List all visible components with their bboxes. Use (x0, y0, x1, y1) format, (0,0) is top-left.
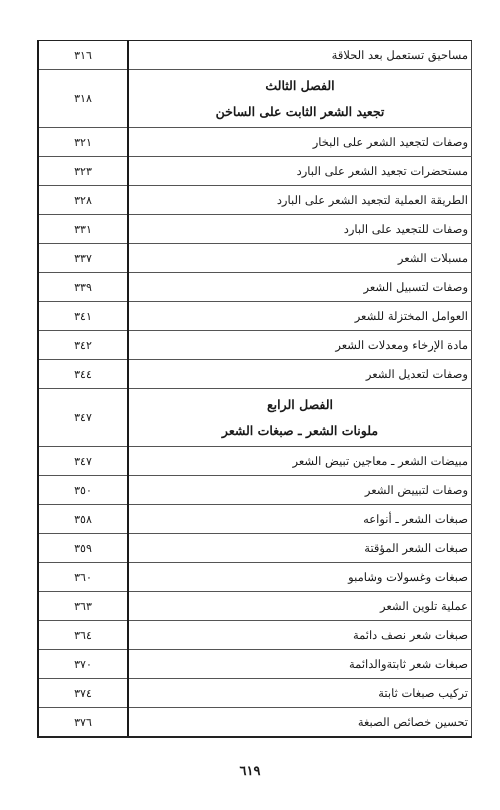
entry-title: مساحيق تستعمل بعد الحلاقة (128, 41, 472, 70)
entry-page-number: ٣٧٠ (38, 650, 128, 679)
entry-title: صبغات شعر ثابتةوالدائمة (128, 650, 472, 679)
toc-row: صبغات وغسولات وشامبو٣٦٠ (38, 563, 472, 592)
table-of-contents: مساحيق تستعمل بعد الحلاقة٣١٦الفصل الثالث… (37, 40, 472, 738)
chapter-title: ملونات الشعر ـ صبغات الشعر (129, 418, 471, 444)
entry-title: تركيب صبغات ثابتة (128, 679, 472, 708)
toc-body: مساحيق تستعمل بعد الحلاقة٣١٦الفصل الثالث… (38, 41, 472, 738)
chapter-heading: الفصل الثالثتجعيد الشعر الثابت على الساخ… (128, 70, 472, 128)
chapter-title: تجعيد الشعر الثابت على الساخن (129, 99, 471, 125)
toc-row: عملية تلوين الشعر٣٦٣ (38, 592, 472, 621)
toc-row: صبغات شعر ثابتةوالدائمة٣٧٠ (38, 650, 472, 679)
toc-chapter-row: الفصل الرابعملونات الشعر ـ صبغات الشعر٣٤… (38, 389, 472, 447)
entry-title: الطريقة العملية لتجعيد الشعر على البارد (128, 186, 472, 215)
entry-title: وصفات لتعديل الشعر (128, 360, 472, 389)
entry-page-number: ٣٦٤ (38, 621, 128, 650)
toc-row: الطريقة العملية لتجعيد الشعر على البارد٣… (38, 186, 472, 215)
entry-title: وصفات لتسبيل الشعر (128, 273, 472, 302)
entry-title: وصفات لتجعيد الشعر على البخار (128, 128, 472, 157)
toc-row: وصفات لتعديل الشعر٣٤٤ (38, 360, 472, 389)
entry-page-number: ٣٢٨ (38, 186, 128, 215)
entry-page-number: ٣٤٧ (38, 447, 128, 476)
entry-page-number: ٣٦٠ (38, 563, 128, 592)
entry-page-number: ٣١٨ (38, 70, 128, 128)
entry-page-number: ٣٥٨ (38, 505, 128, 534)
toc-row: مسبلات الشعر٣٣٧ (38, 244, 472, 273)
toc-row: مبيضات الشعر ـ معاجين تبيض الشعر٣٤٧ (38, 447, 472, 476)
entry-title: مستحضرات تجعيد الشعر على البارد (128, 157, 472, 186)
entry-page-number: ٣٣٧ (38, 244, 128, 273)
toc-row: وصفات لتبييض الشعر٣٥٠ (38, 476, 472, 505)
chapter-label: الفصل الثالث (129, 73, 471, 99)
toc-row: وصفات للتجعيد على البارد٣٣١ (38, 215, 472, 244)
entry-page-number: ٣٤٢ (38, 331, 128, 360)
entry-page-number: ٣٧٤ (38, 679, 128, 708)
entry-page-number: ٣٥٠ (38, 476, 128, 505)
entry-page-number: ٣٣٩ (38, 273, 128, 302)
toc-row: صبغات شعر نصف دائمة٣٦٤ (38, 621, 472, 650)
entry-page-number: ٣٢١ (38, 128, 128, 157)
entry-title: صبغات الشعر ـ أنواعه (128, 505, 472, 534)
page-number: ٦١٩ (0, 764, 500, 779)
entry-page-number: ٣١٦ (38, 41, 128, 70)
entry-page-number: ٣٤٤ (38, 360, 128, 389)
toc-chapter-row: الفصل الثالثتجعيد الشعر الثابت على الساخ… (38, 70, 472, 128)
entry-title: وصفات لتبييض الشعر (128, 476, 472, 505)
entry-page-number: ٣٥٩ (38, 534, 128, 563)
entry-title: صبغات الشعر المؤقتة (128, 534, 472, 563)
entry-title: صبغات شعر نصف دائمة (128, 621, 472, 650)
toc-row: وصفات لتجعيد الشعر على البخار٣٢١ (38, 128, 472, 157)
entry-title: صبغات وغسولات وشامبو (128, 563, 472, 592)
entry-title: مادة الإرخاء ومعدلات الشعر (128, 331, 472, 360)
entry-title: عملية تلوين الشعر (128, 592, 472, 621)
chapter-label: الفصل الرابع (129, 392, 471, 418)
entry-page-number: ٣٤١ (38, 302, 128, 331)
entry-title: مبيضات الشعر ـ معاجين تبيض الشعر (128, 447, 472, 476)
chapter-heading: الفصل الرابعملونات الشعر ـ صبغات الشعر (128, 389, 472, 447)
toc-row: مادة الإرخاء ومعدلات الشعر٣٤٢ (38, 331, 472, 360)
entry-page-number: ٣٣١ (38, 215, 128, 244)
toc-row: صبغات الشعر ـ أنواعه٣٥٨ (38, 505, 472, 534)
toc-row: مساحيق تستعمل بعد الحلاقة٣١٦ (38, 41, 472, 70)
entry-title: العوامل المختزلة للشعر (128, 302, 472, 331)
entry-page-number: ٣٧٦ (38, 708, 128, 738)
toc-row: تركيب صبغات ثابتة٣٧٤ (38, 679, 472, 708)
toc-row: العوامل المختزلة للشعر٣٤١ (38, 302, 472, 331)
toc-row: تحسين خصائص الصبغة٣٧٦ (38, 708, 472, 738)
entry-title: وصفات للتجعيد على البارد (128, 215, 472, 244)
entry-title: تحسين خصائص الصبغة (128, 708, 472, 738)
entry-title: مسبلات الشعر (128, 244, 472, 273)
entry-page-number: ٣٤٧ (38, 389, 128, 447)
toc-row: وصفات لتسبيل الشعر٣٣٩ (38, 273, 472, 302)
toc-row: مستحضرات تجعيد الشعر على البارد٣٢٣ (38, 157, 472, 186)
toc-row: صبغات الشعر المؤقتة٣٥٩ (38, 534, 472, 563)
entry-page-number: ٣٢٣ (38, 157, 128, 186)
entry-page-number: ٣٦٣ (38, 592, 128, 621)
